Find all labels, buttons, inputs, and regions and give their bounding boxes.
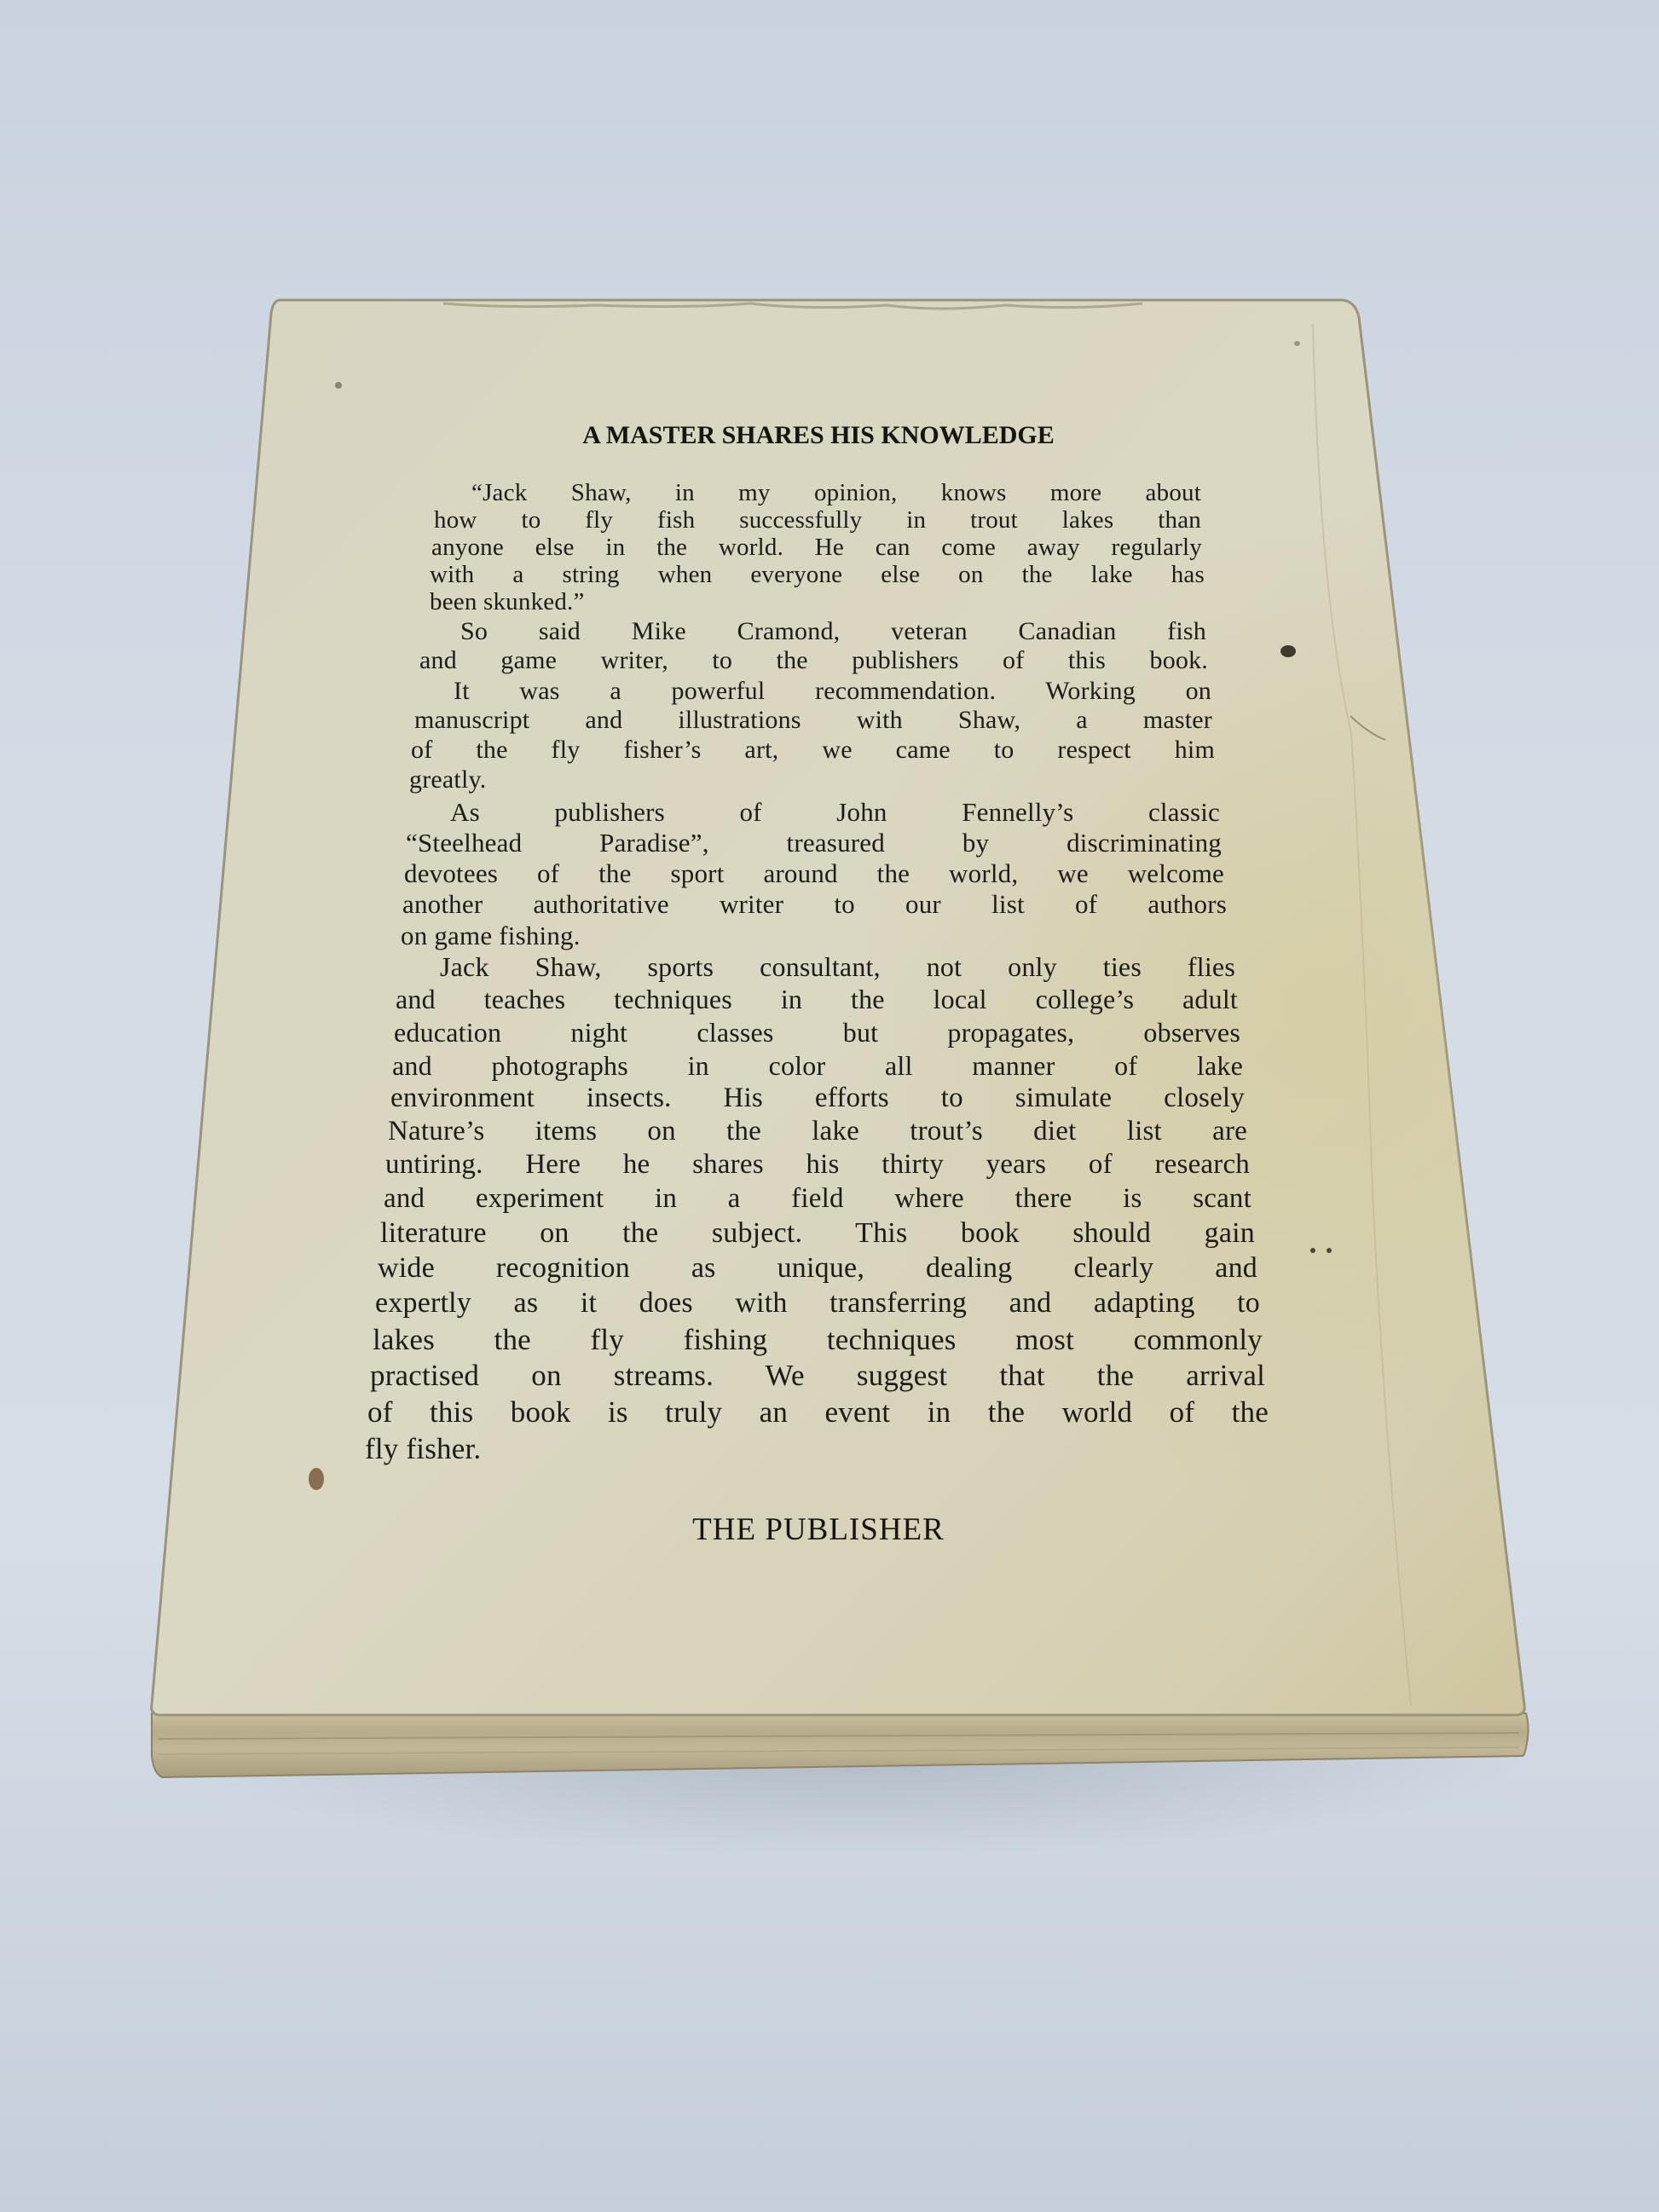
body-line: of this book is truly an event in the wo…: [367, 1395, 1269, 1429]
body-line: devotees of the sport around the world, …: [404, 858, 1224, 889]
body-line: on game fishing.: [401, 921, 581, 951]
body-line: of the fly fisher’s art, we came to resp…: [411, 736, 1215, 765]
body-line: anyone else in the world. He can come aw…: [431, 534, 1202, 562]
body-line: with a string when everyone else on the …: [430, 561, 1205, 589]
body-line: and experiment in a field where there is…: [384, 1183, 1251, 1215]
body-line: expertly as it does with transferring an…: [375, 1287, 1260, 1320]
body-line: and photographs in color all manner of l…: [392, 1050, 1243, 1082]
back-cover-text: A MASTER SHARES HIS KNOWLEDGE “Jack Shaw…: [0, 0, 1659, 2212]
body-line: and game writer, to the publishers of th…: [419, 646, 1208, 675]
body-line: manuscript and illustrations with Shaw, …: [414, 706, 1212, 735]
body-line: fly fisher.: [365, 1432, 481, 1466]
body-line: “Steelhead Paradise”, treasured by discr…: [406, 828, 1222, 858]
body-line: practised on streams. We suggest that th…: [370, 1359, 1265, 1393]
body-line: So said Mike Cramond, veteran Canadian f…: [460, 617, 1206, 646]
body-line: another authoritative writer to our list…: [402, 889, 1227, 920]
body-line: lakes the fly fishing techniques most co…: [373, 1323, 1263, 1357]
body-line: greatly.: [409, 765, 486, 794]
body-line: It was a powerful recommendation. Workin…: [454, 677, 1211, 706]
cover-heading: A MASTER SHARES HIS KNOWLEDGE: [477, 421, 1159, 450]
body-line: and teaches techniques in the local coll…: [396, 984, 1238, 1015]
publisher-signature: THE PUBLISHER: [563, 1511, 1074, 1548]
body-line: Nature’s items on the lake trout’s diet …: [388, 1116, 1247, 1147]
body-line: wide recognition as unique, dealing clea…: [378, 1252, 1257, 1285]
body-line: “Jack Shaw, in my opinion, knows more ab…: [471, 479, 1201, 507]
body-line: As publishers of John Fennelly’s classic: [450, 797, 1220, 828]
body-line: education night classes but propagates, …: [394, 1017, 1240, 1048]
body-line: literature on the subject. This book sho…: [380, 1217, 1255, 1250]
body-line: Jack Shaw, sports consultant, not only t…: [440, 951, 1235, 983]
body-line: environment insects. His efforts to simu…: [390, 1083, 1245, 1114]
body-line: been skunked.”: [430, 588, 585, 616]
body-line: how to fly fish successfully in trout la…: [434, 506, 1201, 534]
body-line: untiring. Here he shares his thirty year…: [385, 1149, 1250, 1181]
